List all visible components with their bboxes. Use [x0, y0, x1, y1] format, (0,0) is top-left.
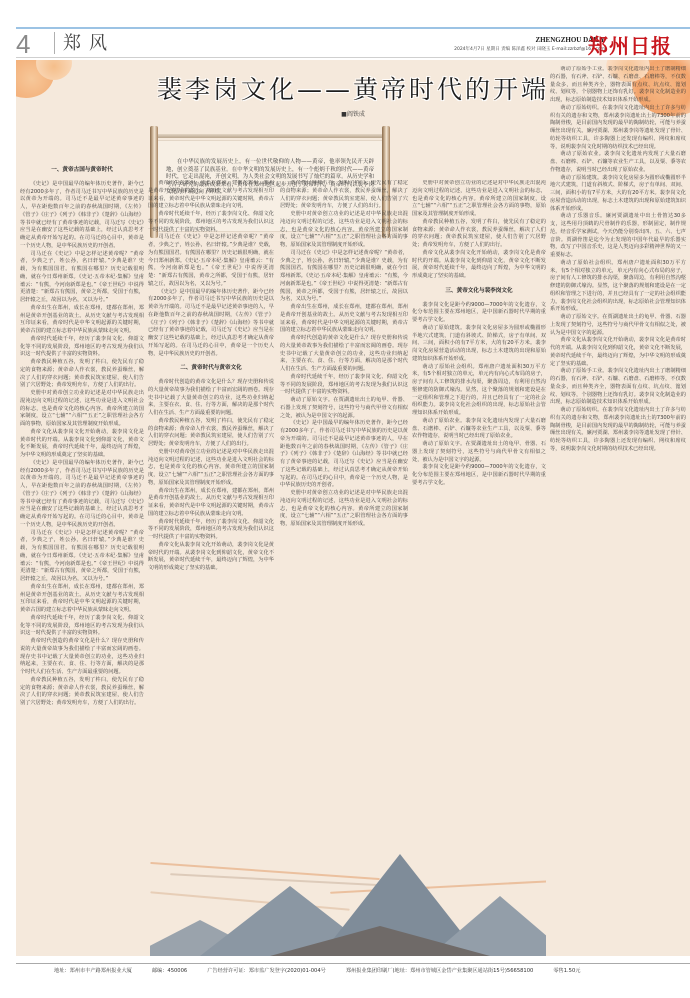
paragraph: 萌动了原始纺织。在裴李岗文化遗址内出土了许多与纺织有关的遗存和文物，郑州裴李岗遗… [550, 407, 686, 454]
paragraph: 裴李岗文化是距今约9000—7000年的文化遗存，文化分布范围主要在郑州地区，是… [412, 302, 546, 325]
section-name: 郑风 [63, 34, 115, 54]
paragraph: 黄帝时代延续千年，经历了裴李岗文化、仰韶文化等不同的发展阶段，郑州地区的考古发现… [148, 519, 274, 542]
paragraph: 黄帝时代创造的黄帝文化是什么？现存史册和传说的大量黄帝故事为我们描绘了丰富而宏阔… [148, 379, 274, 418]
paragraph: 《史记》是中国最早的编年体历史著作，距今已经有2000多年了，作者司马迁书写中华… [148, 289, 274, 359]
paragraph: 黄帝教民种植五谷，发明了杵臼，使先民有了稳定的食物来源；黄帝命人作衣裳，教民养蚕… [412, 219, 546, 250]
paragraph: 萌动了原始文字。在贾湖遗址出土的龟甲、骨器、石器上发现了契刻符号，这些符号与商代… [280, 397, 408, 420]
article-column-2: 黄帝出生在郑州，成长在郑州，建都在郑州，郑州是黄帝开创基业的故土。从历史文献与考… [148, 180, 274, 880]
paragraph: 萌动了乐器音乐。廉河贾湖遗址中出土骨笛达30多支，这些用丹顶鹤的尺骨制作的乐器，… [550, 213, 686, 260]
paragraph: 黄帝教民种植五谷，发明了杵臼，使先民有了稳定的食物来源；黄帝命人作衣裳，教民养蚕… [20, 359, 144, 390]
paragraph: 黄帝教民种植五谷，发明了杵臼，使先民有了稳定的食物来源；黄帝命人作衣裳，教民养蚕… [148, 418, 274, 449]
scroll-bar [158, 134, 382, 138]
paragraph: 裴李岗文化是距今约9000—7000年的文化遗存，文化分布范围主要在郑州地区，是… [412, 464, 546, 487]
paragraph: 司马迁在《史记》中是怎样记述黄帝呢？“黄帝者，少典之子，姓公孙，名曰轩辕。”少典… [20, 530, 144, 584]
paragraph: 黄帝文化从裴李岗文化开始萌动，裴李岗文化是黄帝时代的开端。从裴李岗文化到仰韶文化… [148, 542, 274, 573]
footer-printer: 郑州报业集团印刷厂(地址：郑州市管城区金岱产业集聚区通站街15号)5665810… [346, 967, 534, 974]
footer-ad-license: 广告经营许可证：郑市监广发登字(2020)01-004号 [207, 967, 326, 974]
paragraph: 黄帝出生在郑州，成长在郑州，建都在郑州，郑州是黄帝开创基业的故土。从历史文献与考… [148, 488, 274, 519]
header-separator [54, 32, 55, 54]
paragraph: 黄帝时代创造的黄帝文化是什么？现存史册和传说的大量黄帝故事为我们描绘了丰富而宏阔… [20, 638, 144, 677]
masthead-meta: 2024年4月7日 星期日 责编 陈泽鑫 校对 田晓玉 E-mail:zzrbz… [454, 46, 605, 52]
mountain-shape [270, 926, 490, 956]
paragraph: 萌动了原始手工业。裴李岗文化遗址内出土了磨制精细的石器，有石斧、石铲、石镰、石磨… [550, 368, 686, 407]
mountain-illustration [150, 830, 546, 956]
article-column-5: 萌动了原始手工业。裴李岗文化遗址内出土了磨制精细的石器，有石斧、石铲、石镰、石磨… [550, 66, 686, 952]
paragraph: 黄帝时代延续千年，经历了裴李岗文化、仰韶文化等不同的发展阶段，郑州地区的考古发现… [280, 374, 408, 397]
paragraph: 黄帝时代延续千年，经历了裴李岗文化、仰韶文化等不同的发展阶段，郑州地区的考古发现… [148, 211, 274, 234]
header-rule [16, 57, 690, 58]
footer-postcode: 邮编：450006 [152, 967, 187, 974]
article: 裴李岗文化——黄帝时代的开端 ■阎铁成 在中华民族的发展历史上，有一位世代敬仰的… [16, 60, 690, 956]
article-column-3: 黄帝教民种植五谷，发明了杵臼，使先民有了稳定的食物来源；黄帝命人作衣裳，教民养蚕… [280, 180, 408, 880]
paragraph: 司马迁在《史记》中是怎样记述黄帝呢？“黄帝者，少典之子，姓公孙，名曰轩辕。”少典… [148, 234, 274, 288]
paragraph: 萌动了原始农业。裴李岗文化遗址内发现了大量石磨盘、石磨棒、石铲、石镰等农业生产工… [412, 418, 546, 441]
paragraph: 史册中对黄帝创立功业的记述是对中华民族走出混沌迈向文明过程的记述，这些功业是进入… [280, 490, 408, 529]
paragraph: 史册中对黄帝创立功业的记述是对中华民族走出混沌迈向文明过程的记述，这些功业是进入… [412, 180, 546, 219]
paragraph: 《史记》是中国最早的编年体历史著作，距今已经有2000多年了，作者司马迁书写中华… [20, 181, 144, 251]
paragraph: 《史记》是中国最早的编年体历史著作，距今已经有2000多年了，作者司马迁书写中华… [20, 460, 144, 530]
paragraph: 《史记》是中国最早的编年体历史著作，距今已经有2000多年了，作者司马迁书写中华… [280, 420, 408, 490]
paragraph: 黄帝时代延续千年，经历了裴李岗文化、仰韶文化等不同的发展阶段，郑州地区的考古发现… [20, 336, 144, 359]
paragraph: 黄帝文化从裴李岗文化开始萌动，裴李岗文化是黄帝时代的开端。从裴李岗文化到仰韶文化… [412, 250, 546, 281]
footer-price: 零售1.50元 [553, 967, 580, 974]
paragraph: 黄帝出生在郑州，成长在郑州，建都在郑州，郑州是黄帝开创基业的故土。从历史文献与考… [20, 305, 144, 336]
article-column-1: 一、黄帝古国与黄帝时代 《史记》是中国最早的编年体历史著作，距今已经有2000多… [20, 160, 144, 952]
paragraph: 黄帝时代创造的黄帝文化是什么？现存史册和传说的大量黄帝故事为我们描绘了丰富而宏阔… [280, 335, 408, 374]
paragraph: 史册中对黄帝创立功业的记述是对中华民族走出混沌迈向文明过程的记述，这些功业是进入… [280, 211, 408, 250]
footer: 地址：郑州市丰产路郑州报业大厦 邮编：450006 广告经营许可证：郑市监广发登… [16, 967, 690, 974]
paragraph: 史册中对黄帝创立功业的记述是对中华民族走出混沌迈向文明过程的记述，这些功业是进入… [20, 390, 144, 429]
paragraph: 黄帝出生在郑州，成长在郑州，建都在郑州，郑州是黄帝开创基业的故土。从历史文献与考… [280, 304, 408, 335]
footer-rule [16, 963, 690, 964]
paragraph: 萌动了原始社会组织。郑州唐户遗址面积30万平方米，有5个相对独立的单元，单元内有… [550, 260, 686, 314]
paragraph: 黄帝文化从裴李岗文化开始萌动，裴李岗文化是黄帝时代的开端。从裴李岗文化到仰韶文化… [20, 429, 144, 460]
section-heading-2: 二、黄帝时代与黄帝文化 [148, 365, 274, 373]
paragraph: 萌动了原始农业。裴李岗文化遗址内发现了大量石磨盘、石磨棒、石铲、石镰等农业生产工… [550, 151, 686, 174]
paragraph: 萌动了原始文字。在贾湖遗址出土的龟甲、骨器、石器上发现了契刻符号，这些符号与商代… [412, 441, 546, 464]
paragraph: 黄帝教民种植五谷，发明了杵臼，使先民有了稳定的食物来源；黄帝命人作衣裳，教民养蚕… [280, 180, 408, 211]
masthead-logo: 郑州日报 [588, 30, 672, 59]
paragraph: 司马迁在《史记》中是怎样记述黄帝呢？“黄帝者，少典之子，姓公孙，名曰轩辕。”少典… [280, 250, 408, 304]
paragraph: 黄帝教民种植五谷，发明了杵臼，使先民有了稳定的食物来源；黄帝命人作衣裳，教民养蚕… [20, 677, 144, 708]
paragraph: 萌动了原始建筑。裴李岗文化房屋多为圆形或椭圆形半地穴式建筑，门道有斜坡式、阶梯式… [550, 175, 686, 214]
section-heading-3: 三、黄帝文化与裴李岗文化 [412, 288, 546, 296]
page-number: 4 [16, 31, 30, 57]
paragraph: 史册中对黄帝创立功业的记述是对中华民族走出混沌迈向文明过程的记述，这些功业是进入… [148, 449, 274, 488]
paragraph: 黄帝文化从裴李岗文化开始萌动，裴李岗文化是黄帝时代的开端。从裴李岗文化到仰韶文化… [550, 337, 686, 368]
paragraph: 萌动了原始文字。在贾湖遗址出土的龟甲、骨器、石器上发现了契刻符号，这些符号与商代… [550, 314, 686, 337]
paragraph: 司马迁在《史记》中是怎样记述黄帝呢？“黄帝者，少典之子，姓公孙，名曰轩辕。”少典… [20, 251, 144, 305]
paragraph: 黄帝时代延续千年，经历了裴李岗文化、仰韶文化等不同的发展阶段，郑州地区的考古发现… [20, 615, 144, 638]
top-rule [16, 27, 690, 29]
paragraph: 黄帝出生在郑州，成长在郑州，建都在郑州，郑州是黄帝开创基业的故土。从历史文献与考… [20, 584, 144, 615]
section-heading-1: 一、黄帝古国与黄帝时代 [20, 167, 144, 175]
paragraph: 萌动了原始建筑。裴李岗文化房屋多为圆形或椭圆形半地穴式建筑，门道有斜坡式、阶梯式… [412, 325, 546, 364]
footer-address: 地址：郑州市丰产路郑州报业大厦 [54, 967, 132, 974]
paragraph: 萌动了原始手工业。裴李岗文化遗址内出土了磨制精细的石器，有石斧、石铲、石镰、石磨… [550, 66, 686, 105]
paragraph: 黄帝出生在郑州，成长在郑州，建都在郑州，郑州是黄帝开创基业的故土。从历史文献与考… [148, 180, 274, 211]
paragraph: 萌动了原始社会组织。郑州唐户遗址面积30万平方米，有5个相对独立的单元，单元内有… [412, 364, 546, 418]
paragraph: 萌动了原始纺织。在裴李岗文化遗址内出土了许多与纺织有关的遗存和文物，郑州裴李岗遗… [550, 105, 686, 152]
